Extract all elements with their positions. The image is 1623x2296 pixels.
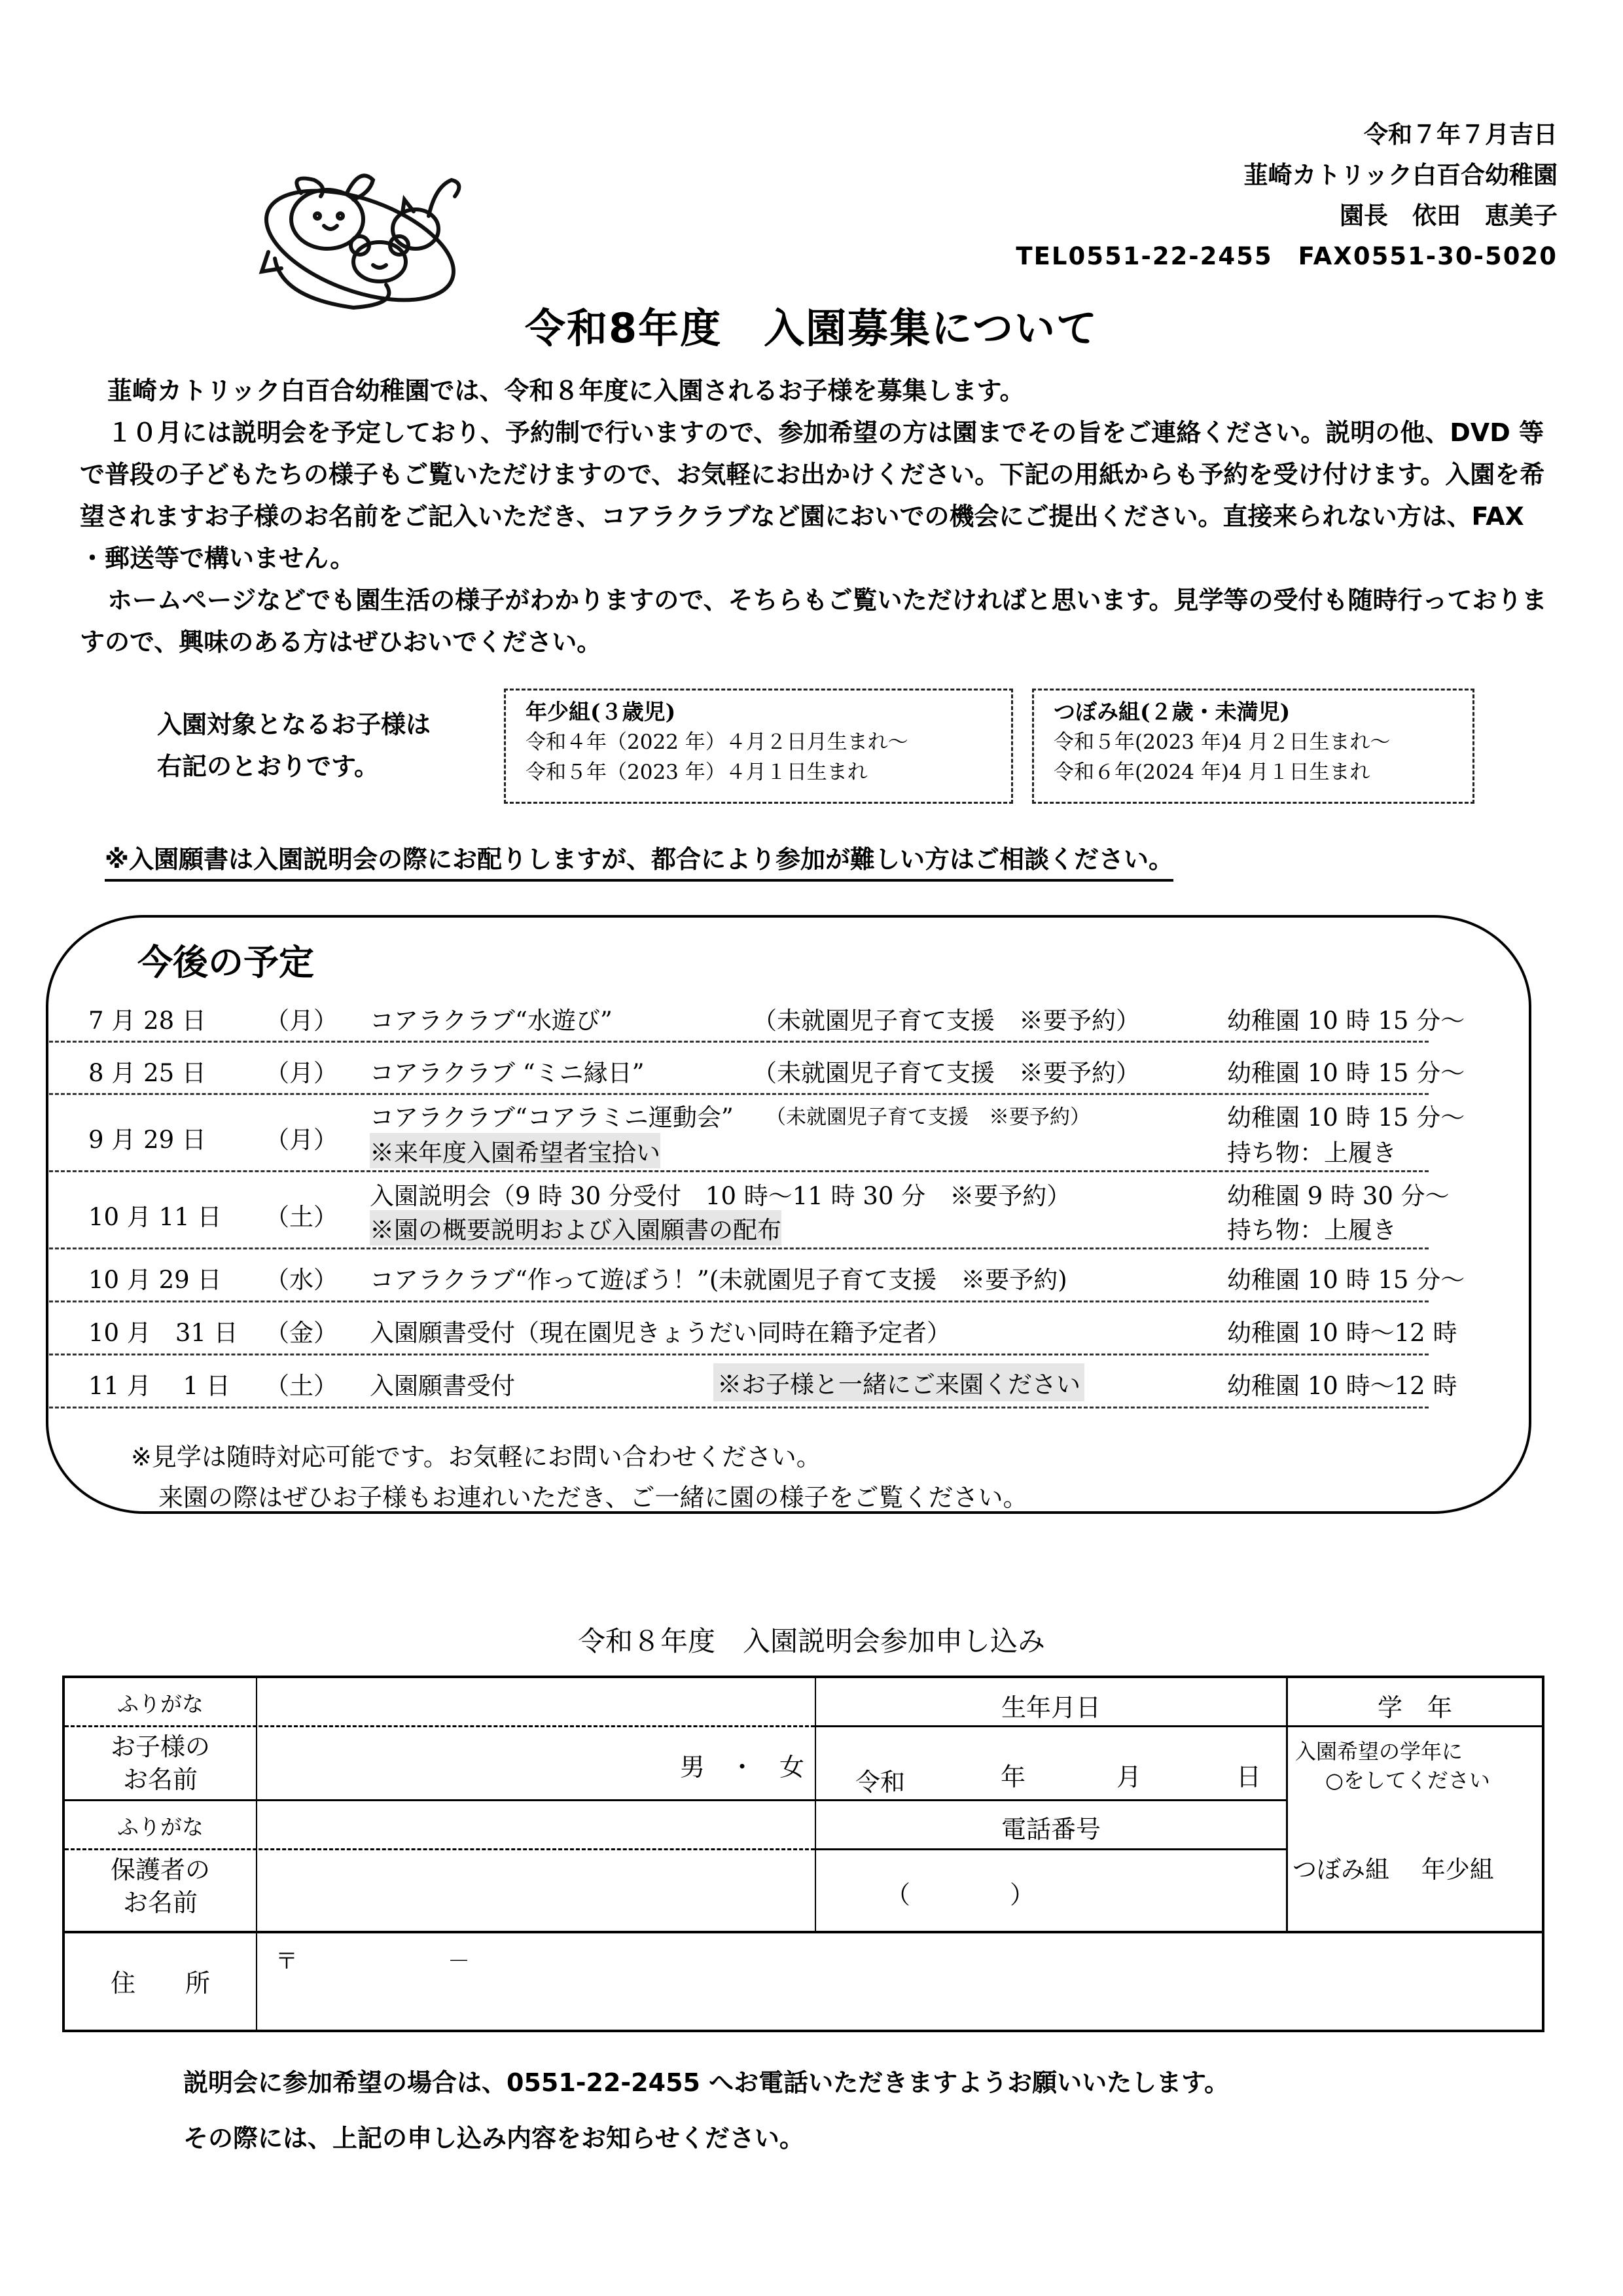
letter-header: 令和７年７月吉日 韮崎カトリック白百合幼稚園 園長 依田 恵美子 TEL0551… xyxy=(1016,115,1558,277)
label-line: お名前 xyxy=(65,1886,256,1919)
gender-choice[interactable]: 男 ・ 女 xyxy=(680,1747,804,1783)
schedule-title: 今後の予定 xyxy=(137,935,314,985)
birth-year-label: 年 xyxy=(1001,1757,1026,1793)
phone-header: 電話番号 xyxy=(816,1809,1286,1845)
group-birth-to: 令和６年(2024 年)4 月１日生まれ xyxy=(1054,757,1453,787)
contact-numbers: TEL0551-22-2455 FAX0551-30-5020 xyxy=(1016,236,1558,277)
row-note: ※お子様と一緒にご来園ください xyxy=(713,1363,1084,1401)
schedule-row: 11 月 1 日 （土） 入園願書受付 ※お子様と一緒にご来園ください 幼稚園 … xyxy=(49,1355,1429,1408)
row-weekday: （水） xyxy=(265,1260,338,1295)
issue-date: 令和７年７月吉日 xyxy=(1016,115,1558,155)
row-place-time: 幼稚園 9 時 30 分～ xyxy=(1227,1176,1450,1211)
row-place-time: 幼稚園 10 時～12 時 xyxy=(1227,1313,1457,1348)
group-name: つぼみ組(２歳・未満児) xyxy=(1054,697,1453,727)
group-birth-from: 令和４年（2022 年）４月２日月生まれ～ xyxy=(526,727,991,757)
birth-day-label: 日 xyxy=(1236,1757,1261,1793)
guardian-name-label: 保護者の お名前 xyxy=(65,1854,256,1919)
schedule-row: 7 月 28 日 （月） コアラクラブ“水遊び” （未就園児子育て支援 ※要予約… xyxy=(49,992,1429,1043)
row-date: 10 月 11 日 xyxy=(88,1197,221,1232)
row-weekday: （月） xyxy=(265,1053,338,1088)
group-name: 年少組(３歳児) xyxy=(526,697,991,727)
postal-dash: － xyxy=(448,1943,470,1975)
birth-month-label: 月 xyxy=(1116,1757,1141,1793)
group-birth-from: 令和５年(2023 年)4 月２日生まれ～ xyxy=(1054,727,1453,757)
row-date: 10 月 31 日 xyxy=(88,1313,238,1348)
row-note: （未就園児子育て支援 ※要予約） xyxy=(766,1100,1090,1130)
row-event: コアラクラブ“コアラミニ運動会” xyxy=(370,1098,734,1133)
row-weekday: （月） xyxy=(265,1120,338,1155)
row-event: 入園説明会（9 時 30 分受付 10 時～11 時 30 分 ※要予約） xyxy=(370,1176,1071,1211)
form-title: 令和８年度 入園説明会参加申し込み xyxy=(0,1620,1623,1659)
closing-instructions: 説明会に参加希望の場合は、0551-22-2455 へお電話いただきますようお願… xyxy=(183,2055,1229,2166)
principal-name: 園長 依田 恵美子 xyxy=(1016,196,1558,236)
intro-paragraph: 韮崎カトリック白百合幼稚園では、令和８年度に入園されるお子様を募集します。 xyxy=(80,370,1552,412)
eligibility-box-tsubomi: つぼみ組(２歳・未満児) 令和５年(2023 年)4 月２日生まれ～ 令和６年(… xyxy=(1032,689,1474,804)
row-date: 8 月 25 日 xyxy=(88,1053,206,1088)
row-place-time: 幼稚園 10 時 15 分～ xyxy=(1227,1001,1465,1036)
guardian-furigana-field[interactable] xyxy=(257,1801,815,1848)
schedule-footer: ※見学は随時対応可能です。お気軽にお問い合わせください。 来園の際はぜひお子様も… xyxy=(131,1437,1027,1518)
closing-line: その際には、上記の申し込み内容をお知らせください。 xyxy=(183,2111,1229,2166)
schedule-row: 8 月 25 日 （月） コアラクラブ “ミニ縁日” （未就園児子育て支援 ※要… xyxy=(49,1043,1429,1095)
schedule-row: 10 月 31 日 （金） 入園願書受付（現在園児きょうだい同時在籍予定者） 幼… xyxy=(49,1302,1429,1355)
schedule-table: 7 月 28 日 （月） コアラクラブ“水遊び” （未就園児子育て支援 ※要予約… xyxy=(49,992,1429,1408)
schedule-row: 10 月 11 日 （土） 入園説明会（9 時 30 分受付 10 時～11 時… xyxy=(49,1172,1429,1249)
row-bring-items: 持ち物：上履き xyxy=(1227,1133,1397,1168)
page-title: 令和8年度 入園募集について xyxy=(0,296,1623,354)
row-event: コアラクラブ“作って遊ぼう！”(未就園児子育て支援 ※要予約) xyxy=(370,1260,1067,1295)
label-line: お子様の xyxy=(65,1731,256,1763)
child-furigana-field[interactable] xyxy=(257,1678,815,1725)
child-furigana-label: ふりがな xyxy=(65,1687,256,1718)
birth-era-label: 令和 xyxy=(855,1762,905,1798)
row-date: 7 月 28 日 xyxy=(88,1001,206,1036)
organization-name: 韮崎カトリック白百合幼稚園 xyxy=(1016,155,1558,196)
row-weekday: （土） xyxy=(265,1197,338,1232)
row-date: 10 月 29 日 xyxy=(88,1260,221,1295)
eligibility-box-nensho: 年少組(３歳児) 令和４年（2022 年）４月２日月生まれ～ 令和５年（2023… xyxy=(504,689,1013,804)
row-subnote: ※園の概要説明および入園願書の配布 xyxy=(370,1210,781,1246)
row-date: 11 月 1 日 xyxy=(88,1366,230,1401)
eligibility-label: 入園対象となるお子様は 右記のとおりです。 xyxy=(157,704,431,787)
guardian-furigana-label: ふりがな xyxy=(65,1810,256,1841)
schedule-row: 9 月 29 日 （月） コアラクラブ“コアラミニ運動会” （未就園児子育て支援… xyxy=(49,1095,1429,1172)
row-bring-items: 持ち物：上履き xyxy=(1227,1210,1397,1246)
grade-header: 学 年 xyxy=(1288,1687,1542,1723)
schedule-row: 10 月 29 日 （水） コアラクラブ“作って遊ぼう！”(未就園児子育て支援 … xyxy=(49,1249,1429,1302)
row-date: 9 月 29 日 xyxy=(88,1120,206,1155)
visit-note: 来園の際はぜひお子様もお連れいただき、ご一緒に園の様子をご覧ください。 xyxy=(131,1477,1027,1518)
row-event: コアラクラブ“水遊び” xyxy=(370,1001,613,1036)
label-line: お名前 xyxy=(65,1763,256,1796)
row-note: （未就園児子育て支援 ※要予約） xyxy=(753,1053,1140,1088)
grade-options[interactable]: つぼみ組 年少組 xyxy=(1293,1850,1494,1885)
child-name-label: お子様の お名前 xyxy=(65,1731,256,1796)
application-notice: ※入園願書は入園説明会の際にお配りしますが、都合により参加が難しい方はご相談くだ… xyxy=(105,839,1173,882)
guardian-name-field[interactable] xyxy=(257,1850,815,1931)
grade-instruction: 入園希望の学年に ○をしてください xyxy=(1295,1737,1490,1795)
row-place-time: 幼稚園 10 時～12 時 xyxy=(1227,1366,1457,1401)
logo-illustration-icon xyxy=(255,147,471,311)
intro-paragraph: １０月には説明会を予定しており、予約制で行いますので、参加希望の方は園までその旨… xyxy=(80,412,1552,579)
row-event: コアラクラブ “ミニ縁日” xyxy=(370,1053,645,1088)
row-place-time: 幼稚園 10 時 15 分～ xyxy=(1227,1053,1465,1088)
row-place-time: 幼稚園 10 時 15 分～ xyxy=(1227,1098,1465,1133)
application-form: ふりがな お子様の お名前 ふりがな 保護者の お名前 住 所 男 ・ 女 〒 … xyxy=(62,1676,1544,2032)
group-birth-to: 令和５年（2023 年）４月１日生まれ xyxy=(526,757,991,787)
label-line: 保護者の xyxy=(65,1854,256,1886)
eligibility-label-line: 入園対象となるお子様は xyxy=(157,704,431,745)
visit-note: ※見学は随時対応可能です。お気軽にお問い合わせください。 xyxy=(131,1437,1027,1477)
row-event: 入園願書受付（現在園児きょうだい同時在籍予定者） xyxy=(370,1313,951,1348)
row-weekday: （月） xyxy=(265,1001,338,1036)
row-note: （未就園児子育て支援 ※要予約） xyxy=(753,1001,1140,1036)
address-label: 住 所 xyxy=(65,1963,256,1999)
instruction-line: 入園希望の学年に xyxy=(1295,1737,1490,1766)
birthdate-header: 生年月日 xyxy=(816,1687,1286,1723)
row-weekday: （金） xyxy=(265,1313,338,1348)
intro-paragraph: ホームページなどでも園生活の様子がわかりますので、そちらもご覧いただければと思い… xyxy=(80,579,1552,663)
row-subnote: ※来年度入園希望者宝拾い xyxy=(370,1133,660,1168)
row-weekday: （土） xyxy=(265,1366,338,1401)
area-code-parens: （ ） xyxy=(816,1874,1104,1910)
closing-line: 説明会に参加希望の場合は、0551-22-2455 へお電話いただきますようお願… xyxy=(183,2055,1229,2111)
row-event: 入園願書受付 xyxy=(370,1366,515,1401)
postal-mark: 〒 xyxy=(276,1943,298,1975)
intro-text: 韮崎カトリック白百合幼稚園では、令和８年度に入園されるお子様を募集します。 １０… xyxy=(80,370,1552,663)
row-place-time: 幼稚園 10 時 15 分～ xyxy=(1227,1260,1465,1295)
eligibility-label-line: 右記のとおりです。 xyxy=(157,745,431,787)
instruction-line: ○をしてください xyxy=(1295,1766,1490,1795)
